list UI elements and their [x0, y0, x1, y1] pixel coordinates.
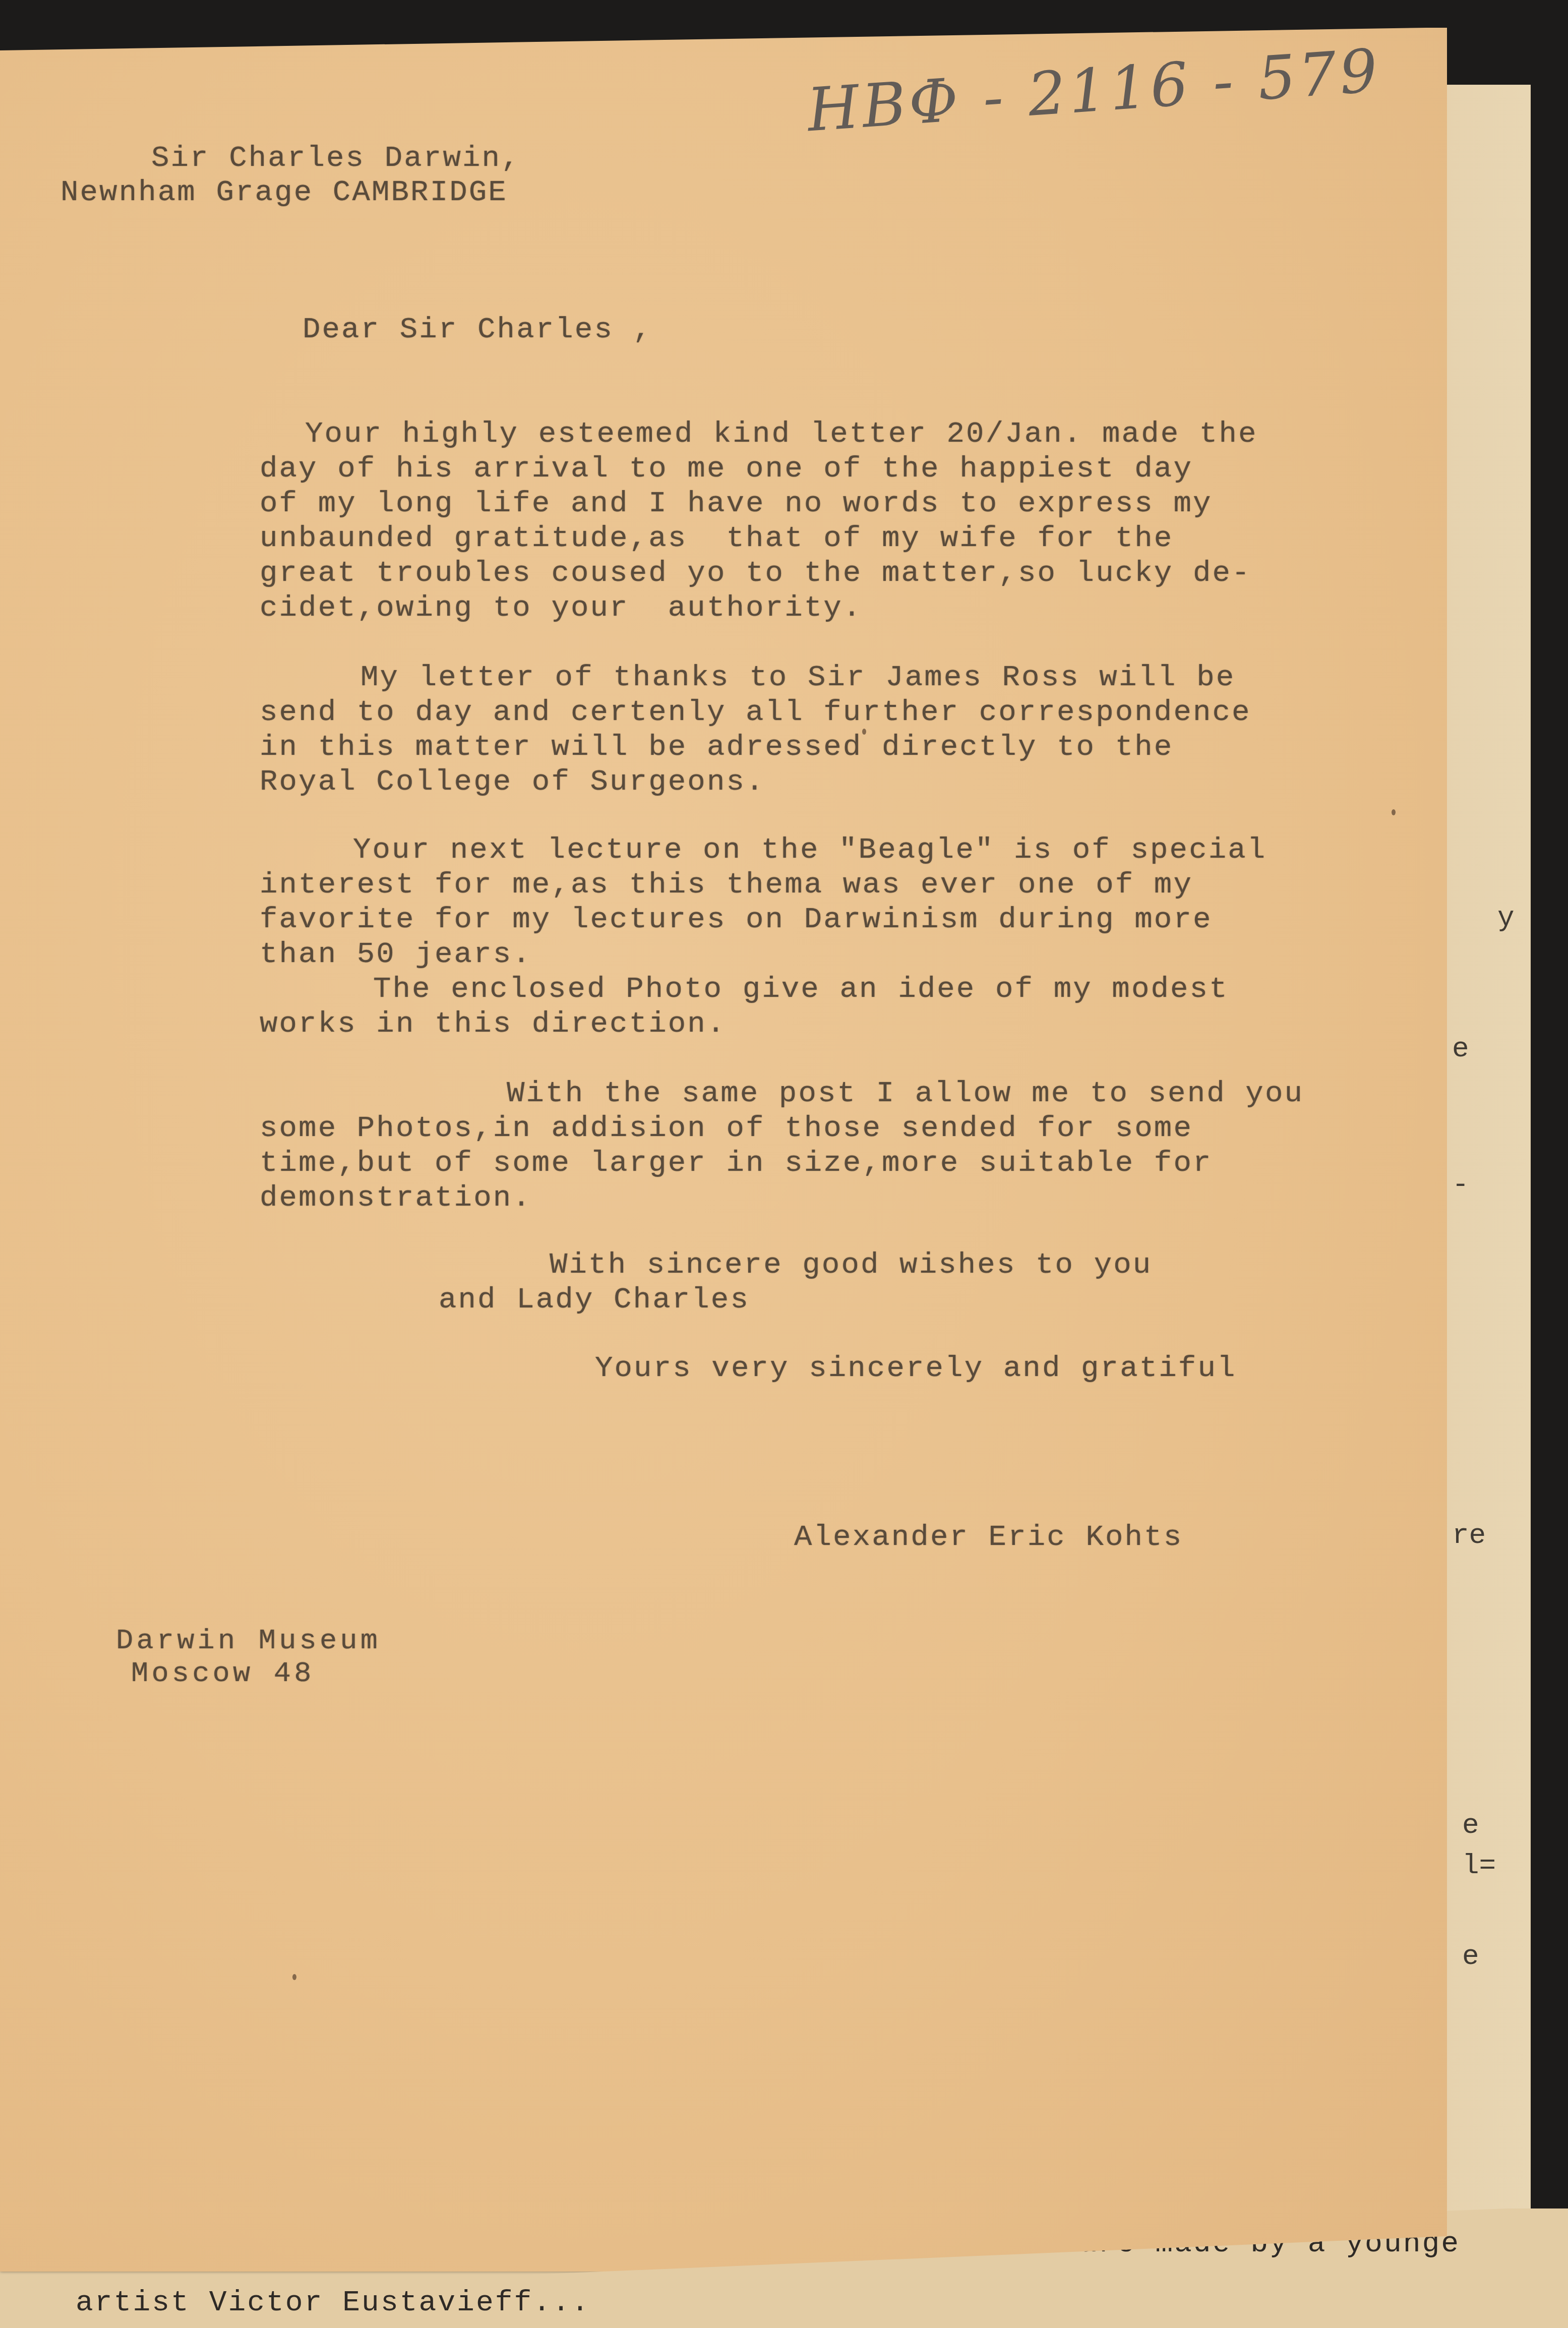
salutation: Dear Sir Charles , — [303, 313, 652, 347]
margin-fragment: re — [1452, 1519, 1486, 1551]
recipient-address: Newnham Grage CAMBRIDGE — [61, 175, 508, 210]
text-line: demonstration. — [260, 1181, 532, 1216]
margin-fragment: e — [1462, 1940, 1479, 1973]
recipient-name: Sir Charles Darwin, — [151, 141, 521, 176]
text-line: great troubles coused yo to the matter,s… — [260, 556, 1251, 591]
closing-wishes: With sincere good wishes to you — [550, 1248, 1152, 1283]
text-line: Your highly esteemed kind letter 20/Jan.… — [305, 417, 1258, 452]
archive-reference: НВФ - 2116 - 579 — [805, 35, 1383, 145]
margin-fragment: l= — [1462, 1849, 1496, 1882]
text-line: Your next lecture on the "Beagle" is of … — [353, 833, 1267, 868]
margin-fragment: e — [1452, 1033, 1469, 1065]
text-line: some Photos,in addision of those sended … — [260, 1111, 1193, 1146]
text-line: in this matter will be adressed directly… — [260, 730, 1173, 765]
sender-address-line2: Moscow 48 — [131, 1656, 315, 1691]
text-line: than 50 jears. — [260, 937, 532, 972]
ink-speck — [1392, 809, 1396, 815]
ink-speck — [862, 729, 866, 735]
underlying-text-left: artist Victor Eustavieff... — [76, 2287, 590, 2319]
text-line: day of his arrival to me one of the happ… — [260, 452, 1193, 487]
text-line: interest for me,as this thema was ever o… — [260, 868, 1193, 903]
text-line: of my long life and I have no words to e… — [260, 487, 1213, 521]
closing-wishes-cont: and Lady Charles — [439, 1283, 750, 1318]
text-line: time,but of some larger in size,more sui… — [260, 1146, 1213, 1181]
margin-fragment: - — [1452, 1169, 1469, 1201]
ink-speck — [292, 1974, 296, 1980]
text-line: Royal College of Surgeons. — [260, 765, 765, 800]
sender-address-line1: Darwin Museum — [116, 1624, 381, 1658]
text-line: unbaunded gratitude,as that of my wife f… — [260, 521, 1173, 556]
text-line: favorite for my lectures on Darwinism du… — [260, 903, 1213, 937]
text-line: With the same post I allow me to send yo… — [507, 1077, 1304, 1111]
text-line: send to day and certenly all further cor… — [260, 695, 1251, 730]
signature: Alexander Eric Kohts — [794, 1520, 1183, 1555]
margin-fragment: y — [1497, 902, 1515, 934]
text-line: The enclosed Photo give an idee of my mo… — [373, 972, 1229, 1007]
text-line: works in this direction. — [260, 1007, 726, 1042]
letter-page: НВФ - 2116 - 579 Sir Charles Darwin, New… — [0, 28, 1447, 2272]
margin-fragment: e — [1462, 1809, 1479, 1841]
valediction: Yours very sincerely and gratiful — [595, 1351, 1237, 1386]
text-line: cidet,owing to your authority. — [260, 591, 862, 626]
text-line: My letter of thanks to Sir James Ross wi… — [360, 661, 1235, 695]
